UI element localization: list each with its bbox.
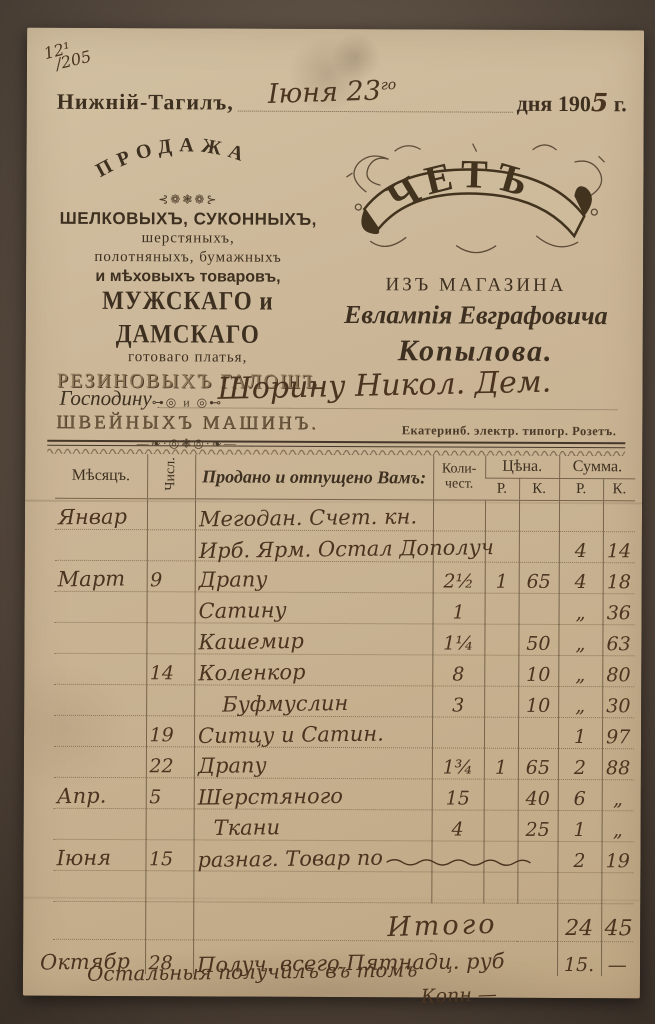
cell-price-kop: 65 [518,748,558,779]
owner-name-line1: Евлампія Евграфовича [326,300,626,331]
cell-sum-rub: „ [558,624,602,655]
cell-month: Іюня [53,839,145,870]
payment-sum-rub: 15. [557,941,601,975]
photo-of-invoice: { "colors":{"mat":"#57493d","paper":"#c9… [0,0,655,1024]
cell-price-kop [519,593,559,624]
table-row: 19Ситцу и Сатин.197 [54,715,634,749]
cell-sum-kop: 19 [601,842,633,873]
city-name: Нижній-Тагилъ, [57,89,234,116]
invoice-table: Мѣсяцъ. Числ. Продано и отпущено Вамъ: К… [53,454,635,976]
cell-month [55,591,147,622]
header-price-rub: Р. [485,478,519,500]
account-header-column: ЧЕТЪ ИЗЪ МАГАЗИНА Евлампія Евграфовича К… [326,137,627,369]
goods-line-linen: полотняныхъ, бумажныхъ [48,248,328,268]
goods-line-sewing-machines: ШВЕЙНЫХЪ МАШИНЪ. [47,411,327,436]
date-line: Нижній-Тагилъ, Іюня 23го дня 1905 г. [57,86,627,117]
table-row: Іюня15разнаг. Товар по219 [53,839,633,873]
handwritten-date: Іюня 23го [267,75,396,110]
table-row: 22Драпу1¾165288 [54,746,634,780]
cell-price-kop [517,872,557,903]
cell-qty: 3 [432,686,484,717]
header-quantity: Коли-чест. [433,455,485,500]
from-store-label: ИЗЪ МАГАЗИНА [326,274,626,297]
cell-qty: 1¼ [432,624,484,655]
cell-qty: 1¾ [432,748,484,779]
cell-sum-rub: 4 [559,562,603,593]
payment-sum-kop: — [601,942,633,976]
cell-price-rub [484,717,518,748]
cell-price-rub [484,779,518,810]
cell-price-kop: 50 [518,624,558,655]
archive-number: 12¹ /205 [43,37,93,73]
cell-month [54,622,146,653]
goods-line-mens-ladies: МУЖСКАГО и ДАМСКАГО [48,284,328,351]
prodazha-text: ПРОДАЖА [92,134,253,183]
printer-imprint: Екатеринб. электр. типогр. Розетъ. [402,423,617,439]
header-price-kop: К. [519,478,559,500]
cell-month: Апр. [54,777,146,808]
table-row: ЯнварМегодан. Счет. кн. [55,498,635,532]
prodazha-arc: ПРОДАЖА [73,128,303,187]
cell-sum-rub: 1 [558,810,602,841]
cell-month [55,529,147,560]
schet-banner-text: ЧЕТЪ [379,151,539,221]
total-row: Итого 24 45 [53,901,633,942]
cell-sum-kop: 14 [603,532,635,563]
addressee-line: Господину Шорину Никол. Дем. [59,386,619,413]
dotted-leader: Іюня 23го [238,93,513,113]
cell-price-rub [484,686,518,717]
header-sum-rub: Р. [559,478,603,500]
cell-sum-kop: 30 [602,687,634,718]
cell-sum-rub: 4 [559,531,603,562]
cell-month: Январ [55,498,147,529]
cell-desc [193,871,431,903]
cell-sum-rub: „ [559,593,603,624]
cell-sum-rub: „ [558,655,602,686]
table-row: Ткани4251„ [54,808,634,842]
table-row [53,870,633,904]
cell-desc: Ткани [194,809,432,841]
cell-qty [431,872,483,903]
handwritten-year-digit: 5 [591,88,609,117]
ornament-divider: ⊰❁❃❁⊱ [48,192,328,208]
cell-sum-rub: 2 [557,841,601,872]
strike-squiggle [386,857,536,867]
cell-desc: Мегодан. Счет. кн. [195,499,433,531]
cell-price-kop: 10 [518,655,558,686]
owner-name-line2: Копылова. [326,334,626,369]
cell-qty: 4 [432,810,484,841]
cell-sum-kop: 88 [602,749,634,780]
cell-month [54,808,146,839]
table-row: Кашемир1¼50„63 [54,622,634,656]
cell-day: 9 [147,561,195,592]
total-sum-kop: 45 [601,904,633,942]
table-header-row: Мѣсяцъ. Числ. Продано и отпущено Вамъ: К… [55,454,635,479]
cell-day: 15 [145,840,193,871]
cell-day: 22 [146,747,194,778]
cell-qty: 8 [432,655,484,686]
table-row: Буфмуслин310„30 [54,684,634,718]
cell-price-rub [484,810,518,841]
cell-month [53,901,145,939]
footer-note-signature: Копн — [421,983,498,1007]
table-row: Ирб. Ярм. Остал Дополуч414 [55,529,635,563]
cell-desc: Драпу [195,561,433,593]
cell-day [145,902,193,940]
cell-month [54,684,146,715]
cell-month: Март [55,560,147,591]
table-row: 14Коленкор810„80 [54,653,634,687]
cell-day [147,499,195,530]
cell-desc: Коленкор [194,654,432,686]
header-sum-kop: К. [603,479,635,501]
table-row: Сатину1„36 [55,591,635,625]
cell-price-rub [485,500,519,531]
cell-sum-rub: 6 [558,779,602,810]
table-row: Апр.5Шерстяного15406„ [54,777,634,811]
total-label: Итого [387,907,554,943]
footer-note-line1: Остальныя получилъ въ томъ [87,957,418,985]
cell-desc: Буфмуслин [194,685,432,717]
cell-sum-rub [557,872,601,903]
goods-line-silk: ШЕЛКОВЫХЪ, СУКОННЫХЪ, [48,208,328,230]
svg-text:ЧЕТЪ: ЧЕТЪ [379,151,539,221]
cell-sum-rub: 1 [558,717,602,748]
cell-price-kop: 25 [518,810,558,841]
cell-day [147,530,195,561]
cell-day [146,685,194,716]
cell-sum-kop: „ [602,780,634,811]
cell-sum-kop: 63 [602,625,634,656]
cell-price-rub: 1 [485,562,519,593]
handwritten-addressee-name: Шорину Никол. Дем. [217,365,551,407]
year-suffix: г. [614,91,627,116]
cell-day: 5 [146,778,194,809]
cell-month [54,715,146,746]
cell-sum-rub: „ [558,686,602,717]
cell-price-rub [483,872,517,903]
cell-price-rub [485,593,519,624]
cell-price-kop [519,531,559,562]
cell-day [145,871,193,902]
cell-qty: 1 [433,593,485,624]
total-label-cell: Итого [193,902,557,942]
header-sum: Сумма. [559,456,635,479]
cell-sum-kop: 80 [602,656,634,687]
cell-month [53,870,145,901]
cell-desc: разнаг. Товар по [193,840,431,872]
cell-price-kop: 65 [519,562,559,593]
dotted-leader: Шорину Никол. Дем. [158,387,618,410]
day-word: дня 1905 г. [517,88,627,117]
cell-price-kop: 40 [518,779,558,810]
cell-sum-kop: 36 [603,594,635,625]
cell-day [146,623,194,654]
header-sold: Продано и отпущено Вамъ: [195,454,433,500]
cell-price-kop [518,717,558,748]
total-sum-rub: 24 [557,903,601,941]
header-month: Мѣсяцъ. [55,454,147,499]
mister-label: Господину [59,386,151,411]
cell-desc: Драпу [194,747,432,779]
cell-month [54,653,146,684]
cell-price-kop [519,500,559,531]
cell-sum-rub [559,500,603,531]
svg-text:ПРОДАЖА: ПРОДАЖА [92,134,253,183]
archive-number-bottom: /205 [54,49,92,70]
cell-desc: Кашемир [194,623,432,655]
cell-sum-kop [601,873,633,904]
goods-line-wool: шерстяныхъ, [48,229,328,249]
table-row: Март9Драпу2½165418 [55,560,635,594]
cell-qty [432,717,484,748]
header-price: Цѣна. [485,456,559,479]
cell-day [147,592,195,623]
cell-desc: Шерстяного [194,778,432,810]
cell-sum-kop: „ [602,811,634,842]
cell-price-rub [484,624,518,655]
cell-price-rub [484,655,518,686]
cell-qty: 15 [432,779,484,810]
schet-banner: ЧЕТЪ [336,137,617,266]
cell-price-kop: 10 [518,686,558,717]
date-ordinal: го [380,77,396,93]
cell-desc: Сатину [195,592,433,624]
cell-day [146,809,194,840]
cell-desc: Ситцу и Сатин. [194,716,432,748]
header-day: Числ. [147,454,195,499]
cell-sum-kop [603,501,635,532]
cell-month [54,746,146,777]
cell-price-rub: 1 [484,748,518,779]
cell-sum-kop: 97 [602,718,634,749]
invoice-paper: 12¹ /205 Нижній-Тагилъ, Іюня 23го дня 19… [23,28,644,999]
cell-day: 19 [146,716,194,747]
cell-desc: Ирб. Ярм. Остал Дополуч [195,530,433,562]
cell-sum-kop: 18 [603,563,635,594]
cell-qty: 2½ [433,562,485,593]
cell-day: 14 [146,654,194,685]
cell-qty [433,500,485,531]
cell-sum-rub: 2 [558,748,602,779]
